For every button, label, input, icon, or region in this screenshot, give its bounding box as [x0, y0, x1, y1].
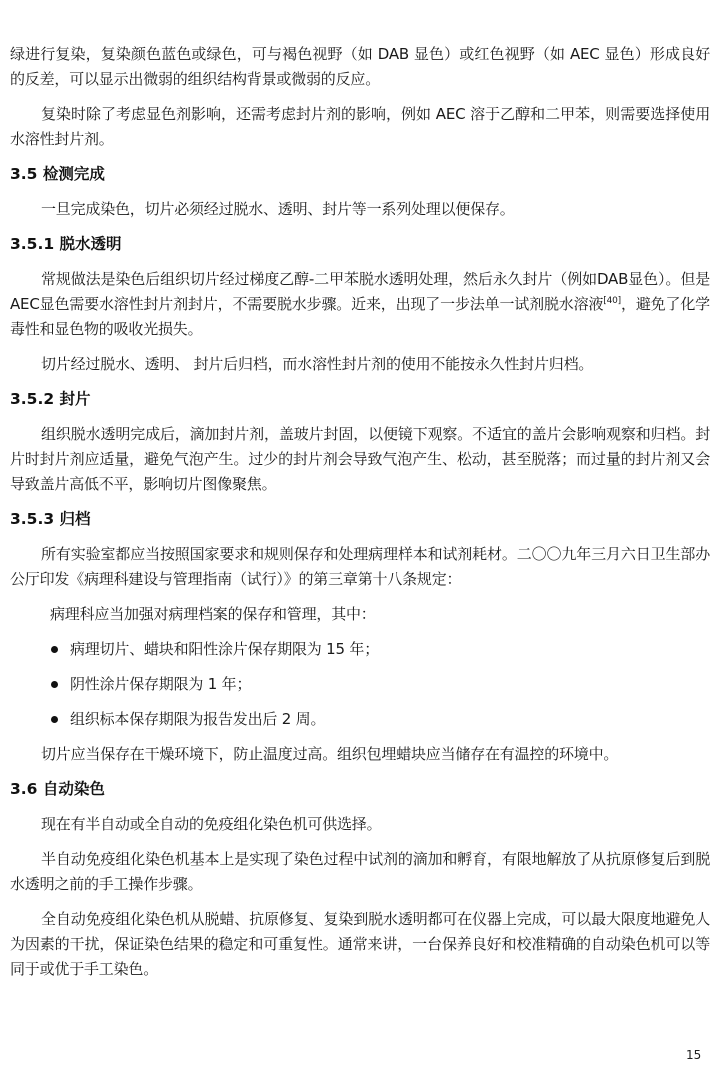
list-item: 组织标本保存期限为报告发出后 2 周。 [10, 707, 710, 732]
paragraph-dehydration-text-a: 常规做法是染色后组织切片经过梯度乙醇-二甲苯脱水透明处理，然后永久封片（例如DA… [10, 270, 710, 313]
heading-3-5-1: 3.5.1 脱水透明 [10, 232, 710, 257]
paragraph-mounting: 组织脱水透明完成后，滴加封片剂，盖玻片封固，以便镜下观察。不适宜的盖片会影响观察… [10, 422, 710, 497]
list-item-text: 组织标本保存期限为报告发出后 2 周。 [70, 710, 325, 728]
list-item: 阴性涂片保存期限为 1 年； [10, 672, 710, 697]
paragraph-semi-automatic: 半自动免疫组化染色机基本上是实现了染色过程中试剂的滴加和孵育，有限地解放了从抗原… [10, 847, 710, 897]
heading-3-5-3: 3.5.3 归档 [10, 507, 710, 532]
paragraph-fully-automatic: 全自动免疫组化染色机从脱蜡、抗原修复、复染到脱水透明都可在仪器上完成，可以最大限… [10, 907, 710, 982]
heading-3-5-2: 3.5.2 封片 [10, 387, 710, 412]
citation-reference: [40] [603, 296, 621, 306]
list-item-text: 阴性涂片保存期限为 1 年； [70, 675, 251, 693]
paragraph-storage-conditions: 切片应当保存在干燥环境下，防止温度过高。组织包埋蜡块应当储存在有温控的环境中。 [10, 742, 710, 767]
retention-period-list: 病理切片、蜡块和阳性涂片保存期限为 15 年； 阴性涂片保存期限为 1 年； 组… [10, 637, 710, 732]
paragraph-counterstain-contrast: 绿进行复染，复染颜色蓝色或绿色，可与褐色视野（如 DAB 显色）或红色视野（如 … [10, 42, 710, 92]
paragraph-auto-stainers: 现在有半自动或全自动的免疫组化染色机可供选择。 [10, 812, 710, 837]
bullet-icon [51, 646, 58, 653]
page-number: 15 [686, 1048, 701, 1062]
paragraph-regulations: 所有实验室都应当按照国家要求和规则保存和处理病理样本和试剂耗材。二〇〇九年三月六… [10, 542, 710, 592]
paragraph-counterstain-mounting: 复染时除了考虑显色剂影响，还需考虑封片剂的影响，例如 AEC 溶于乙醇和二甲苯，… [10, 102, 710, 152]
paragraph-detection-complete: 一旦完成染色，切片必须经过脱水、透明、封片等一系列处理以便保存。 [10, 197, 710, 222]
heading-3-5: 3.5 检测完成 [10, 162, 710, 187]
quoted-regulation: 病理科应当加强对病理档案的保存和管理，其中： [50, 602, 710, 627]
bullet-icon [51, 716, 58, 723]
list-item-text: 病理切片、蜡块和阳性涂片保存期限为 15 年； [70, 640, 379, 658]
heading-3-6: 3.6 自动染色 [10, 777, 710, 802]
paragraph-archiving-note: 切片经过脱水、透明、 封片后归档，而水溶性封片剂的使用不能按永久性封片归档。 [10, 352, 710, 377]
bullet-icon [51, 681, 58, 688]
list-item: 病理切片、蜡块和阳性涂片保存期限为 15 年； [10, 637, 710, 662]
paragraph-dehydration: 常规做法是染色后组织切片经过梯度乙醇-二甲苯脱水透明处理，然后永久封片（例如DA… [10, 267, 710, 342]
document-page: 绿进行复染，复染颜色蓝色或绿色，可与褐色视野（如 DAB 显色）或红色视野（如 … [10, 42, 710, 992]
